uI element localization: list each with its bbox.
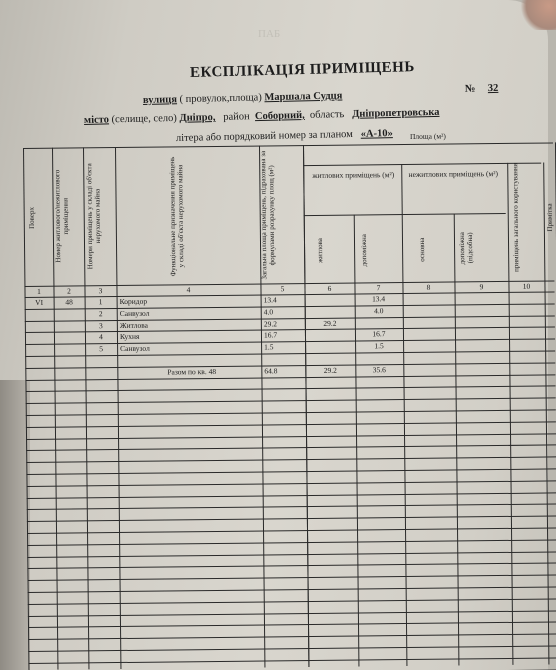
table-cell-living: 29.2 [308,317,352,328]
region-label: область [310,109,345,121]
header-room-no: Номери приміщень у складі об'єкта нерухо… [85,153,110,279]
column-number: 7 [357,282,399,293]
header-main: основна [418,222,437,278]
table-cell-room: 4 [88,331,114,342]
header-function: Функціональне призначення приміщень у ск… [168,156,201,276]
table-rule [27,563,556,570]
table-rule [26,409,556,416]
table-cell-total: 29.2 [264,318,302,329]
table-rule [26,445,556,452]
table-rule [28,575,556,582]
table-rule [26,398,556,405]
table-rule [28,645,556,652]
table-rule [27,551,556,558]
table-rule [401,164,407,666]
table-rule [28,634,556,641]
table-rule [28,622,556,629]
explication-table: Поверх Номер житлового/нежитлового примі… [23,142,556,670]
column-number: 3 [87,285,113,296]
table-rule [27,504,556,511]
table-cell-auxiliary: 4.0 [358,305,400,316]
header-nonresidential-group: нежитлових приміщень (м²) [401,169,505,179]
column-number: 5 [263,283,301,294]
table-rule [27,527,556,534]
header-total-area: Загальна площа приміщень, підрахована за… [259,149,300,281]
table-cell-total: 16.7 [264,329,302,340]
table-rule [26,386,556,393]
table-cell-floor: VI [28,297,51,308]
district-value: Соборний, [255,110,305,122]
column-number: 1 [27,286,50,297]
column-number: 2 [56,285,81,296]
total-row-auxiliary: 35.6 [358,364,400,375]
total-row-total: 64.8 [264,365,302,376]
city-hint: (селище, село) [111,113,176,125]
column-number: 9 [457,281,505,293]
table-rule [26,468,556,475]
district-label: район [223,111,250,123]
header-floor: Поверх [27,158,48,278]
street-hint: ( провулок,площа) [179,92,261,105]
table-cell-room: 3 [88,320,114,331]
header-apartment-no: Номер житлового/нежитлового приміщення [53,153,78,279]
table-cell-auxiliary: 1.5 [358,340,400,351]
table-rule [303,163,541,166]
table-cell-auxiliary: 13.4 [358,293,400,304]
table-cell-room: 5 [88,343,114,354]
table-cell-auxiliary: 16.7 [358,328,400,339]
table-rule [28,598,556,605]
bleed-through-text: ПАБ [258,28,280,40]
table-cell-room: 1 [88,296,114,307]
table-rule [26,421,556,428]
table-cell-apartment: 48 [57,296,82,307]
table-cell-total: 1.5 [264,341,302,352]
header-common-use: приміщень загального користування [511,163,536,273]
column-number: 6 [307,283,351,294]
table-rule [28,657,556,664]
table-rule [26,457,556,464]
header-aux-utility: допоміжна (підсобна) [458,217,485,279]
table-cell-room: 2 [88,308,114,319]
header-residential-group: житлових приміщень (м²) [305,170,401,180]
city-label: місто [84,114,109,126]
column-number: 10 [511,281,541,292]
table-rule [27,480,556,487]
number-label: № [465,83,476,94]
header-auxiliary: допоміжна [360,222,379,278]
number-value: 32 [488,83,499,94]
finger-edge [520,0,556,30]
header-living: житлова [316,223,335,279]
city-value: Дніпро, [179,112,215,124]
table-rule [304,213,506,216]
table-rule [27,539,556,546]
table-cell-total: 13.4 [264,294,302,305]
table-rule [28,586,556,593]
street-label: вулиця [143,94,177,106]
table-rule [27,492,556,499]
street-value: Маршала Судця [264,90,342,103]
region-value: Дніпропетровська [352,107,440,120]
table-rule [27,516,556,523]
total-row-living: 29.2 [308,364,352,375]
column-number: 8 [405,282,451,293]
table-rule [26,433,556,440]
table-cell-total: 4.0 [264,306,302,317]
table-rule [28,610,556,617]
